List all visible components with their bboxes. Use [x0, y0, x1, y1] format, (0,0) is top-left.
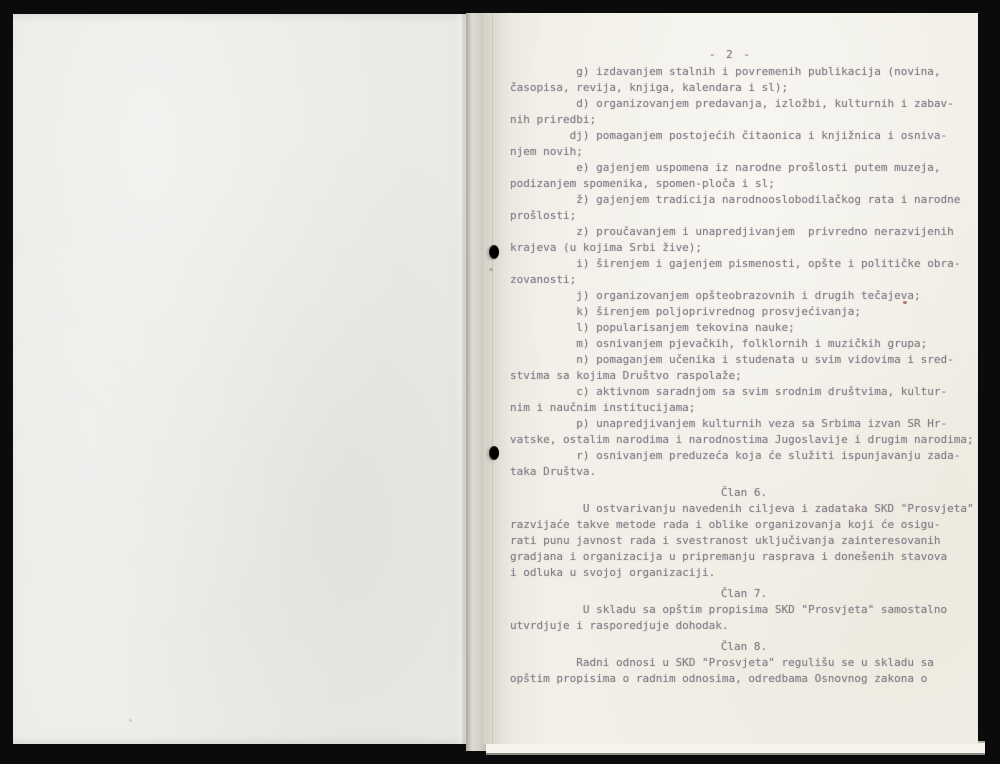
text-line: njem novih;	[510, 144, 978, 160]
text-line: taka Društva.	[510, 464, 978, 480]
text-line: utvrdjuje i rasporedjuje dohodak.	[510, 618, 978, 634]
text-line: prošlosti;	[510, 208, 978, 224]
text-line: časopisa, revija, knjiga, kalendara i sl…	[510, 80, 978, 96]
text-line: stvima sa kojima Društvo raspolaže;	[510, 368, 978, 384]
text-line: e) gajenjem uspomena iz narodne prošlost…	[510, 160, 978, 176]
paper-speck	[489, 268, 493, 271]
text-line: nih priredbi;	[510, 112, 978, 128]
text-line: n) pomaganjem učenika i studenata u svim…	[510, 352, 978, 368]
text-line: z) proučavanjem i unapredjivanjem privre…	[510, 224, 978, 240]
text-line: k) širenjem poljoprivrednog prosvjećivan…	[510, 304, 978, 320]
text-line: razvijaće takve metode rada i oblike org…	[510, 517, 978, 533]
text-line: vatske, ostalim narodima i narodnostima …	[510, 432, 978, 448]
article-heading: Član 7.	[510, 586, 978, 602]
text-line: l) popularisanjem tekovina nauke;	[510, 320, 978, 336]
article-heading: Član 6.	[510, 485, 978, 501]
text-line: r) osnivanjem preduzeća koja će služiti …	[510, 448, 978, 464]
text-line: podizanjem spomenika, spomen-ploča i sl;	[510, 176, 978, 192]
text-line: dj) pomaganjem postojećih čitaonica i kn…	[510, 128, 978, 144]
text-line: rati punu javnost rada i svestranost ukl…	[510, 533, 978, 549]
text-line: i odluka u svojoj organizaciji.	[510, 565, 978, 581]
text-line: zovanosti;	[510, 272, 978, 288]
text-line: opštim propisima o radnim odnosima, odre…	[510, 671, 978, 687]
article-heading: Član 8.	[510, 639, 978, 655]
text-line: i) širenjem i gajenjem pismenosti, opšte…	[510, 256, 978, 272]
text-line: g) izdavanjem stalnih i povremenih publi…	[510, 64, 978, 80]
text-line: gradjana i organizacija u pripremanju ra…	[510, 549, 978, 565]
text-line: Radni odnosi u SKD "Prosvjeta" regulišu …	[510, 655, 978, 671]
ink-speck	[903, 301, 907, 304]
paper-speck	[129, 719, 132, 722]
text-line: j) organizovanjem opšteobrazovnih i drug…	[510, 288, 978, 304]
text-line: U ostvarivanju navedenih ciljeva i zadat…	[510, 501, 978, 517]
page-fold-highlight	[454, 14, 462, 744]
left-blank-page	[13, 14, 468, 744]
page-crease	[492, 13, 493, 744]
scanned-book-spread: - 2 - g) izdavanjem stalnih i povremenih…	[0, 0, 1000, 764]
text-line: p) unapredjivanjem kulturnih veza sa Srb…	[510, 416, 978, 432]
text-line: U skladu sa opštim propisima SKD "Prosvj…	[510, 602, 978, 618]
text-line: krajeva (u kojima Srbi žive);	[510, 240, 978, 256]
text-line: d) organizovanjem predavanja, izložbi, k…	[510, 96, 978, 112]
punch-hole-icon	[489, 446, 499, 460]
text-line: m) osnivanjem pjevačkih, folklornih i mu…	[510, 336, 978, 352]
page-number: - 2 -	[483, 48, 978, 61]
typewritten-text: g) izdavanjem stalnih i povremenih publi…	[510, 64, 978, 687]
text-line: ž) gajenjem tradicija narodnooslobodilač…	[510, 192, 978, 208]
text-line: nim i naučnim institucijama;	[510, 400, 978, 416]
typewritten-page: - 2 - g) izdavanjem stalnih i povremenih…	[483, 13, 978, 744]
text-line: c) aktivnom saradnjom sa svim srodnim dr…	[510, 384, 978, 400]
punch-hole-icon	[489, 245, 499, 259]
